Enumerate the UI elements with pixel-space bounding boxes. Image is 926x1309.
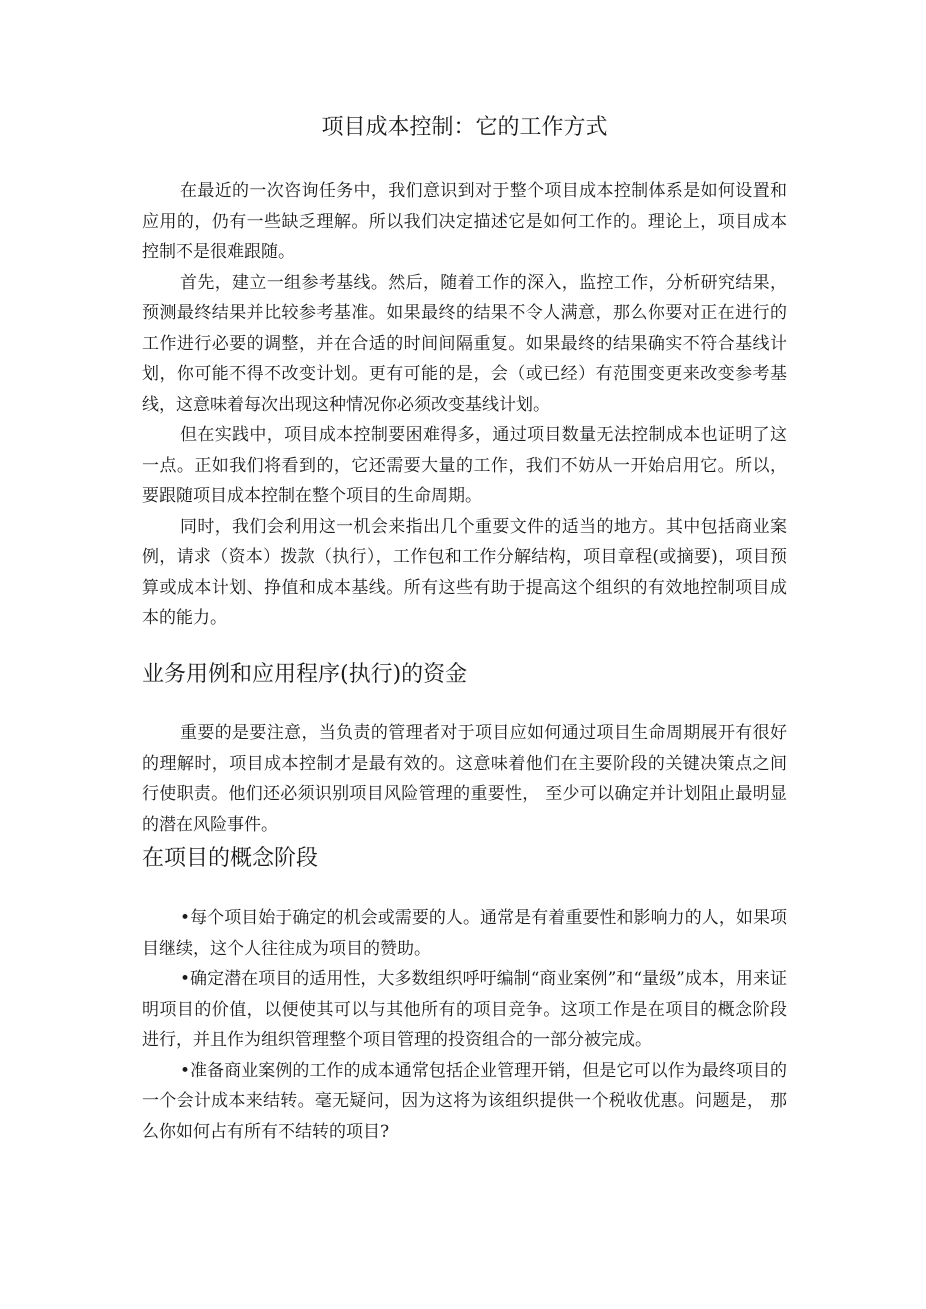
section-concept-phase: 在项目的概念阶段: [142, 842, 787, 876]
funding-paragraph-1: 重要的是要注意，当负责的管理者对于项目应如何通过项目生命周期展开有很好的理解时，…: [142, 718, 787, 840]
section-funding-body: 重要的是要注意，当负责的管理者对于项目应如何通过项目生命周期展开有很好的理解时，…: [142, 718, 787, 840]
document-title: 项目成本控制：它的工作方式: [142, 112, 787, 144]
section-concept-phase-body: •每个项目始于确定的机会或需要的人。通常是有着重要性和影响力的人，如果项目继续，…: [142, 903, 787, 1147]
section-funding: 业务用例和应用程序(执行)的资金: [142, 658, 787, 692]
bullet-item-2: •确定潜在项目的适用性，大多数组织呼吁编制“商业案例”和“量级”成本，用来证明项…: [142, 964, 787, 1056]
intro-section: 在最近的一次咨询任务中，我们意识到对于整个项目成本控制体系是如何设置和应用的，仍…: [142, 176, 787, 634]
intro-paragraph-4: 同时，我们会利用这一机会来指出几个重要文件的适当的地方。其中包括商业案例，请求（…: [142, 512, 787, 634]
intro-paragraph-2: 首先，建立一组参考基线。然后，随着工作的深入，监控工作，分析研究结果，预测最终结…: [142, 268, 787, 421]
section-heading-funding: 业务用例和应用程序(执行)的资金: [142, 658, 787, 692]
bullet-item-1: •每个项目始于确定的机会或需要的人。通常是有着重要性和影响力的人，如果项目继续，…: [142, 903, 787, 964]
bullet-item-3: •准备商业案例的工作的成本通常包括企业管理开销，但是它可以作为最终项目的一个会计…: [142, 1056, 787, 1148]
section-heading-concept-phase: 在项目的概念阶段: [142, 842, 787, 876]
intro-paragraph-1: 在最近的一次咨询任务中，我们意识到对于整个项目成本控制体系是如何设置和应用的，仍…: [142, 176, 787, 268]
intro-paragraph-3: 但在实践中，项目成本控制要困难得多，通过项目数量无法控制成本也证明了这一点。正如…: [142, 420, 787, 512]
